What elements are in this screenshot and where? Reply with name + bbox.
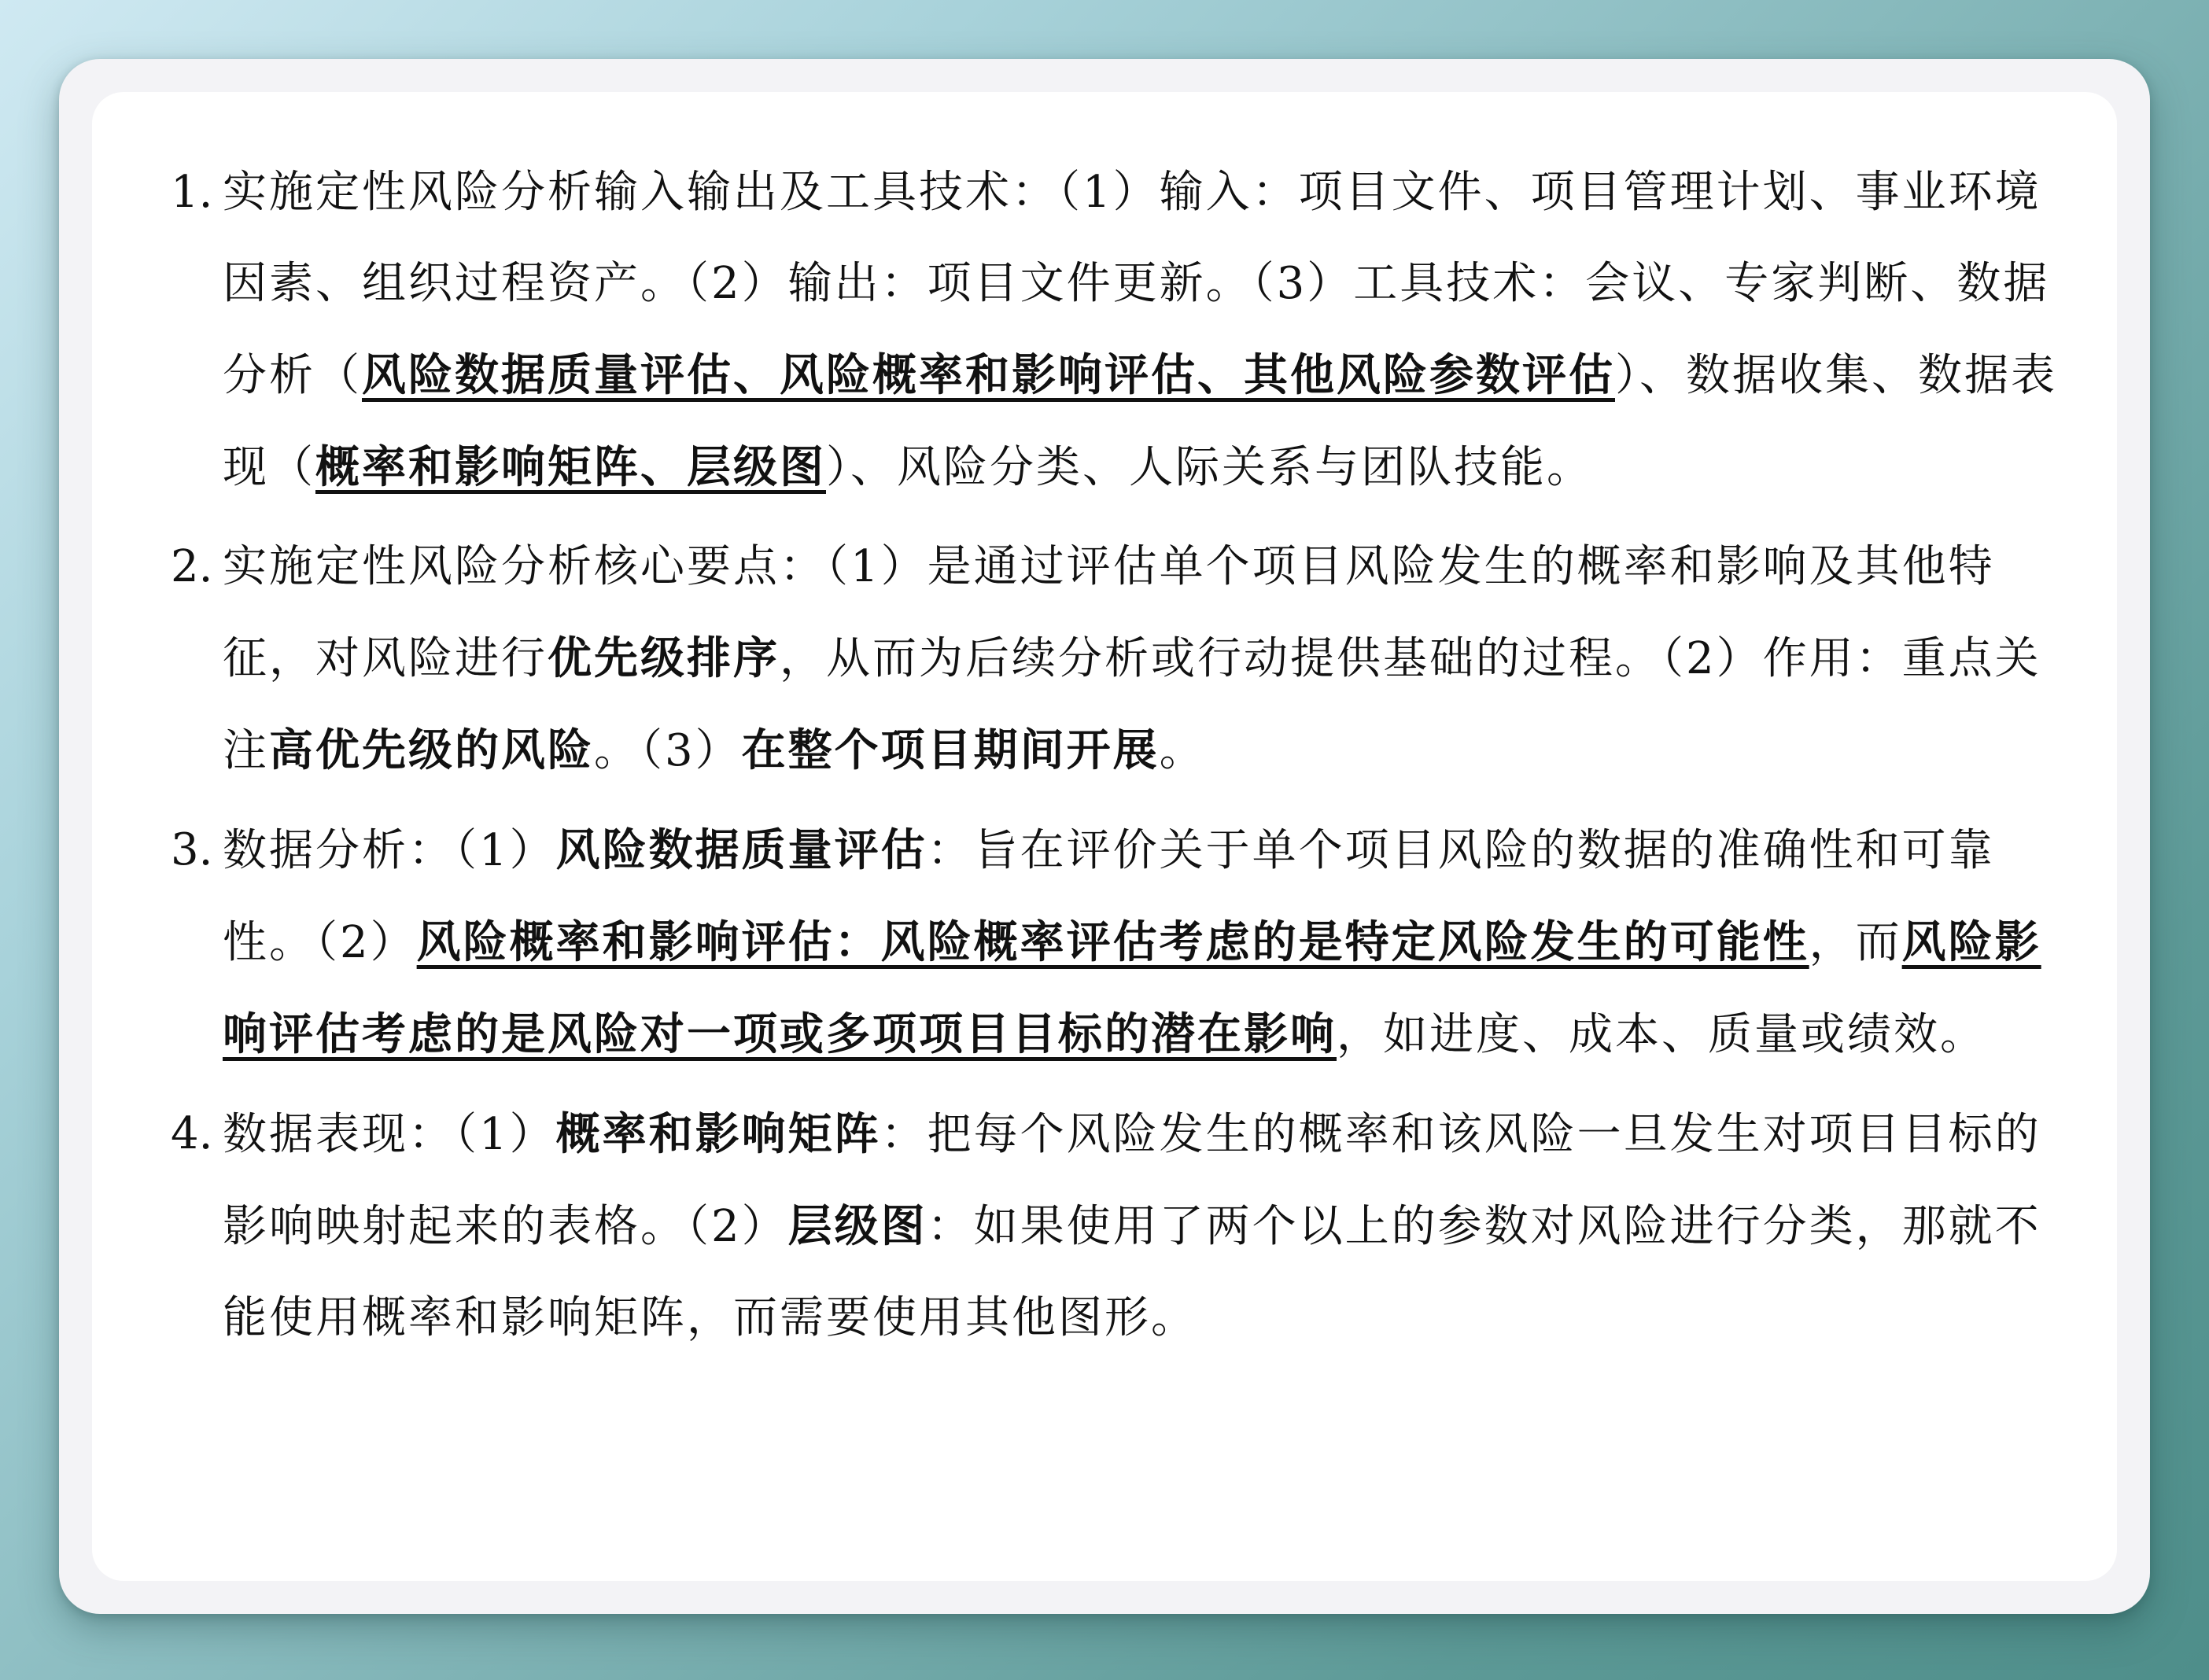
list-item-2: 2. 实施定性风险分析核心要点：（1）是通过评估单个项目风险发生的概率和影响及其… [171,521,2062,797]
bold-text: 概率和影响矩阵 [556,1108,881,1160]
text: ，如进度、成本、质量或绩效。 [1337,1009,1986,1060]
numbered-list: 1. 实施定性风险分析输入输出及工具技术：（1）输入：项目文件、项目管理计划、事… [171,147,2062,1364]
item-number: 3. [171,805,212,896]
emphasis-text: 风险数据质量评估、风险概率和影响评估、其他风险参数评估 [362,349,1615,401]
text: 。 [1160,725,1206,776]
bold-text: 风险数据质量评估 [556,824,927,876]
emphasis-text: 概率和影响矩阵、层级图 [315,441,826,493]
bold-text: 优先级排序 [548,632,780,684]
list-item-3: 3. 数据分析：（1）风险数据质量评估：旨在评价关于单个项目风险的数据的准确性和… [171,805,2062,1081]
item-number: 2. [171,521,212,613]
emphasis-text: 风险概率和影响评估：风险概率评估考虑的是特定风险发生的可能性 [417,916,1809,968]
bold-text: 层级图 [788,1200,927,1252]
document-card: 1. 实施定性风险分析输入输出及工具技术：（1）输入：项目文件、项目管理计划、事… [92,92,2117,1581]
outer-card: 1. 实施定性风险分析输入输出及工具技术：（1）输入：项目文件、项目管理计划、事… [59,59,2150,1614]
item-number: 1. [171,147,212,238]
bold-text: 高优先级的风险 [269,724,594,776]
text: ）、风险分类、人际关系与团队技能。 [826,442,1593,493]
list-item-1: 1. 实施定性风险分析输入输出及工具技术：（1）输入：项目文件、项目管理计划、事… [171,147,2062,514]
list-item-4: 4. 数据表现：（1）概率和影响矩阵：把每个风险发生的概率和该风险一旦发生对项目… [171,1089,2062,1364]
text: 数据表现：（1） [223,1109,556,1160]
item-number: 4. [171,1089,212,1180]
text: 数据分析：（1） [223,825,556,876]
bold-text: 在整个项目期间开展 [742,724,1160,776]
text: 。（3） [594,725,742,776]
text: ，而 [1809,917,1902,968]
